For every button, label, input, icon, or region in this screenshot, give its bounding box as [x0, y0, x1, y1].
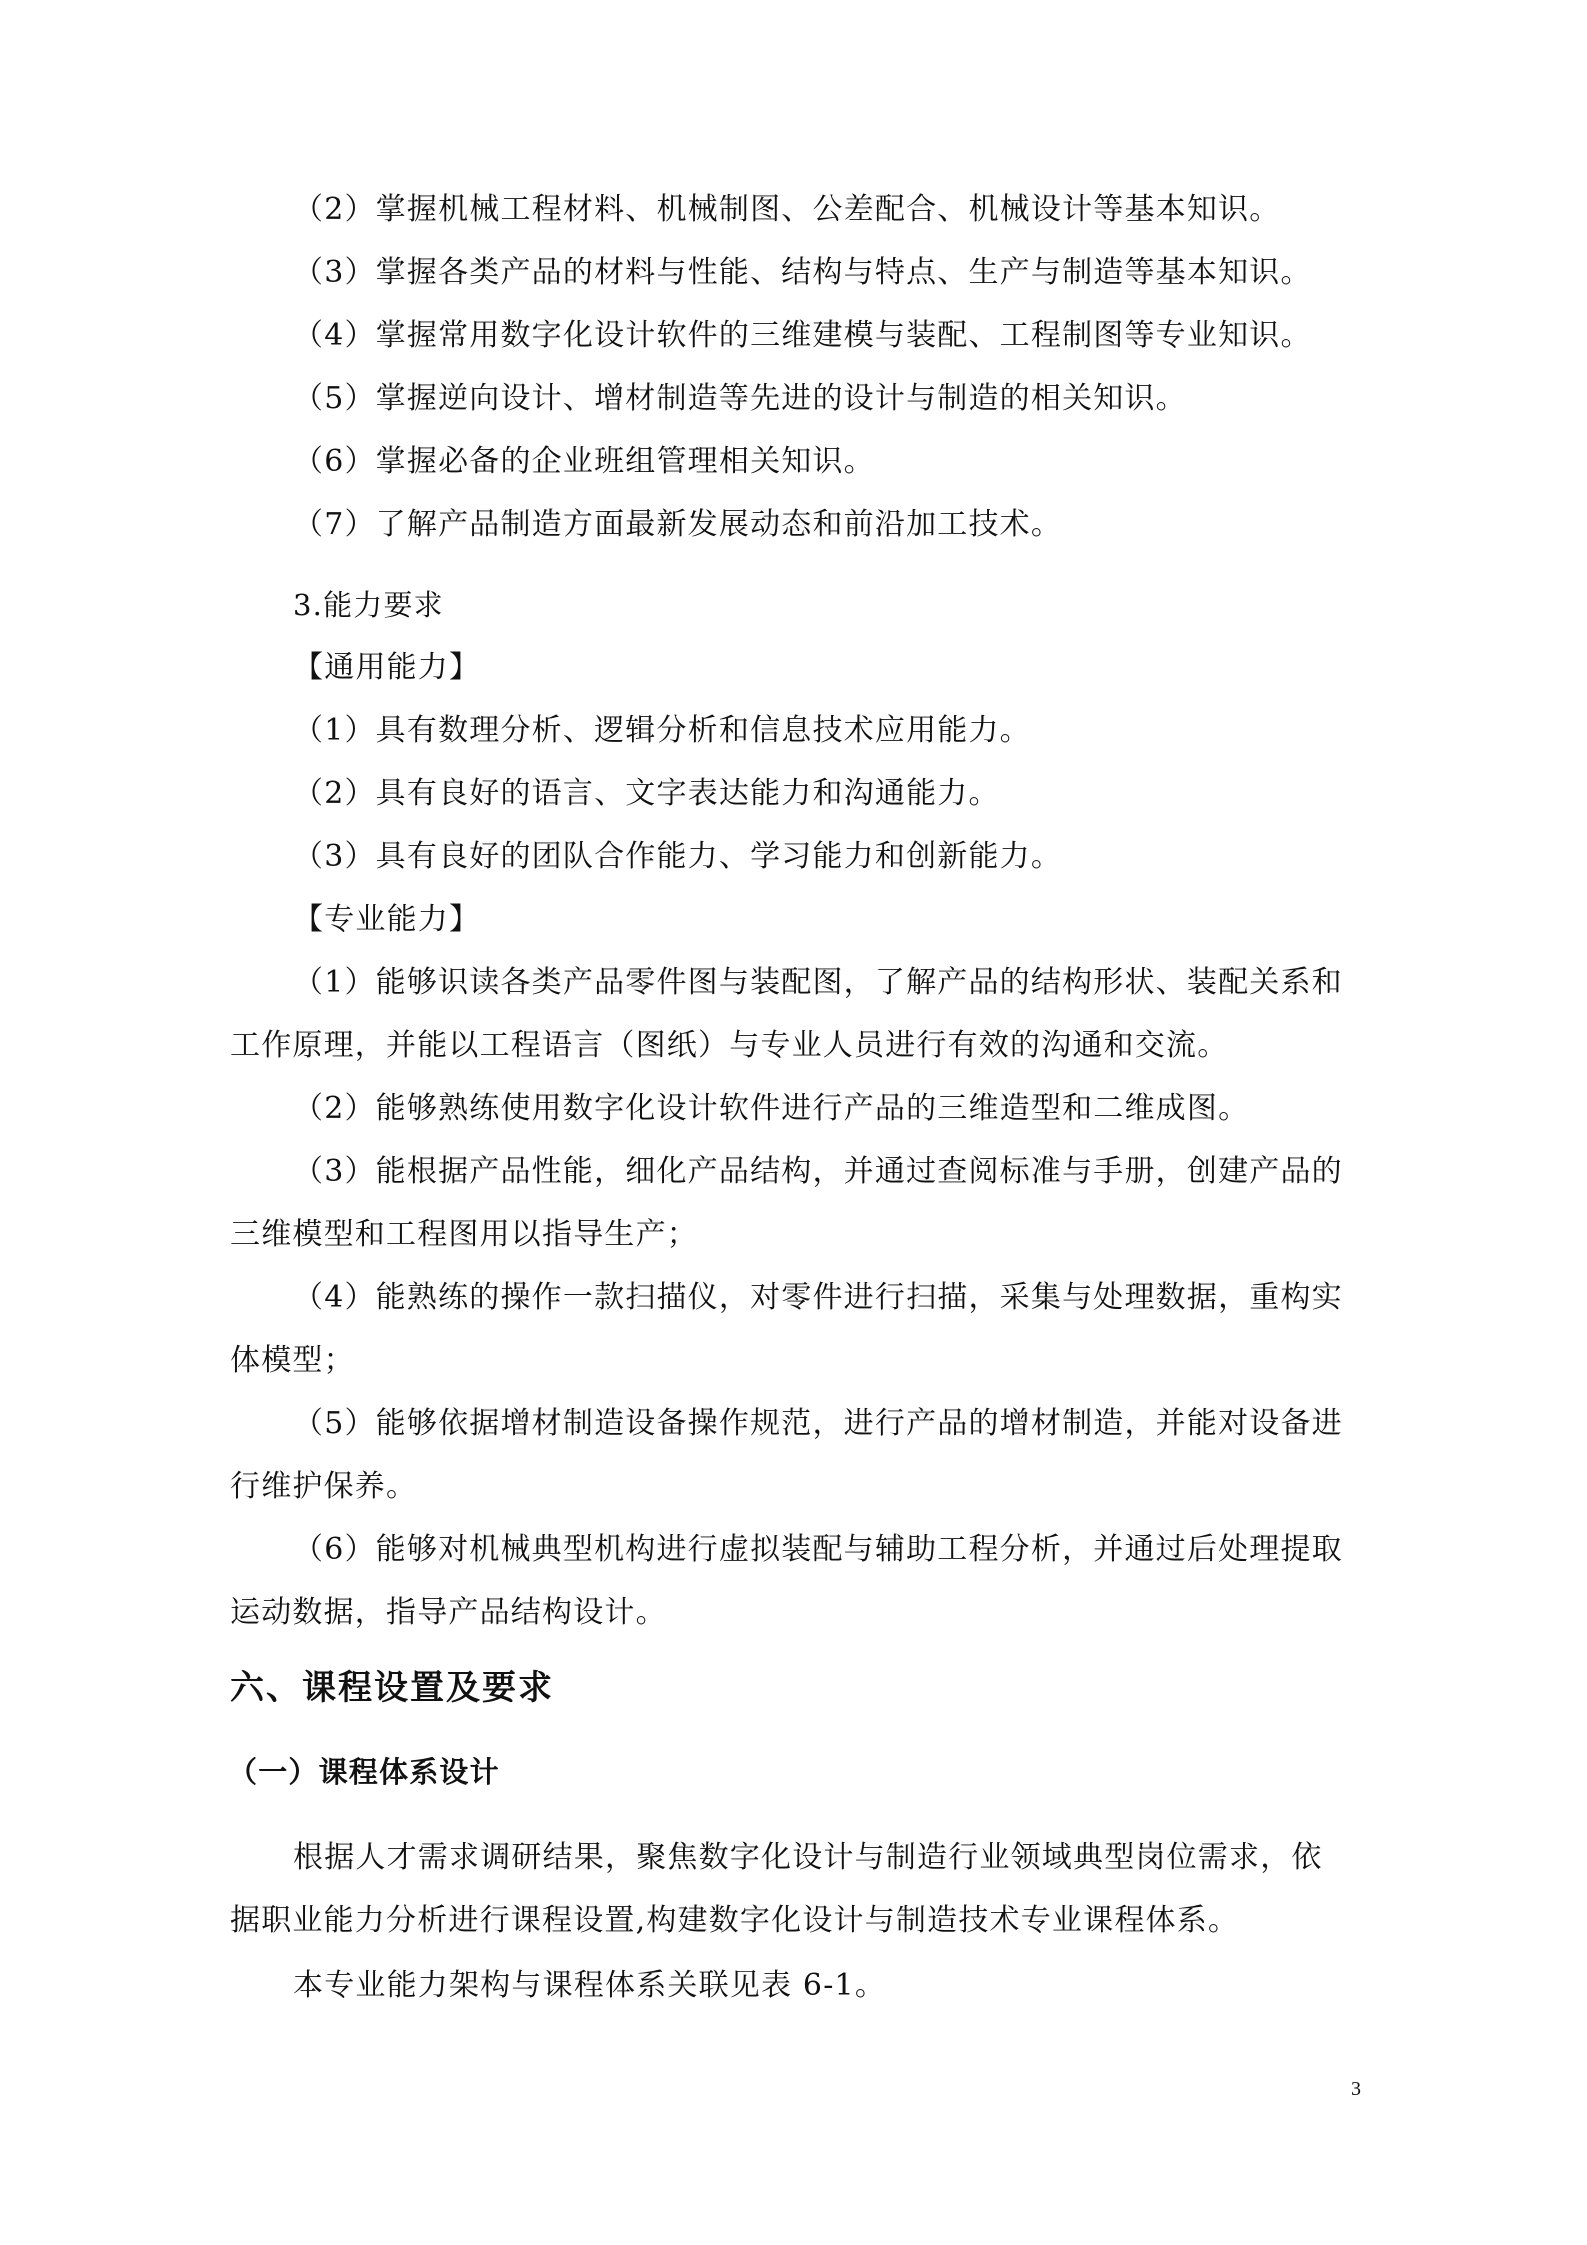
knowledge-item-3: （3）掌握各类产品的材料与性能、结构与特点、生产与制造等基本知识。	[293, 253, 1438, 293]
body-paragraph-line: 据职业能力分析进行课程设置,构建数字化设计与制造技术专业课程体系。	[230, 1901, 1375, 1941]
knowledge-item-2: （2）掌握机械工程材料、机械制图、公差配合、机械设计等基本知识。	[293, 190, 1438, 230]
general-ability-item-1: （1）具有数理分析、逻辑分析和信息技术应用能力。	[293, 711, 1438, 751]
knowledge-item-6: （6）掌握必备的企业班组管理相关知识。	[293, 442, 1438, 482]
general-ability-heading: 【通用能力】	[293, 648, 1438, 688]
general-ability-item-3: （3）具有良好的团队合作能力、学习能力和创新能力。	[293, 837, 1438, 877]
body-paragraph: 本专业能力架构与课程体系关联见表 6-1。	[293, 1966, 1438, 2006]
professional-ability-line: （6）能够对机械典型机构进行虚拟装配与辅助工程分析，并通过后处理提取	[293, 1530, 1438, 1570]
general-ability-item-2: （2）具有良好的语言、文字表达能力和沟通能力。	[293, 774, 1438, 814]
professional-ability-line: （5）能够依据增材制造设备操作规范，进行产品的增材制造，并能对设备进	[293, 1404, 1438, 1444]
professional-ability-line: 体模型；	[230, 1341, 1375, 1381]
ability-heading: 3.能力要求	[293, 585, 1438, 625]
professional-ability-line: 三维模型和工程图用以指导生产；	[230, 1215, 1375, 1255]
professional-ability-line: （1）能够识读各类产品零件图与装配图，了解产品的结构形状、装配关系和	[293, 963, 1438, 1003]
professional-ability-line: （3）能根据产品性能，细化产品结构，并通过查阅标准与手册，创建产品的	[293, 1152, 1438, 1192]
subsection-title: （一）课程体系设计	[228, 1752, 1373, 1792]
professional-ability-line: （2）能够熟练使用数字化设计软件进行产品的三维造型和二维成图。	[293, 1089, 1438, 1129]
professional-ability-line: 工作原理，并能以工程语言（图纸）与专业人员进行有效的沟通和交流。	[230, 1026, 1375, 1066]
professional-ability-heading: 【专业能力】	[293, 900, 1438, 940]
body-paragraph-line: 根据人才需求调研结果，聚焦数字化设计与制造行业领域典型岗位需求，依	[293, 1838, 1438, 1878]
knowledge-item-4: （4）掌握常用数字化设计软件的三维建模与装配、工程制图等专业知识。	[293, 316, 1438, 356]
document-page: （2）掌握机械工程材料、机械制图、公差配合、机械设计等基本知识。 （3）掌握各类…	[0, 0, 1587, 2245]
knowledge-item-7: （7）了解产品制造方面最新发展动态和前沿加工技术。	[293, 505, 1438, 545]
professional-ability-line: 行维护保养。	[230, 1467, 1375, 1507]
section-title: 六、课程设置及要求	[230, 1668, 1375, 1708]
page-number: 3	[1351, 2078, 1361, 2101]
professional-ability-line: （4）能熟练的操作一款扫描仪，对零件进行扫描，采集与处理数据，重构实	[293, 1278, 1438, 1318]
knowledge-item-5: （5）掌握逆向设计、增材制造等先进的设计与制造的相关知识。	[293, 379, 1438, 419]
professional-ability-line: 运动数据，指导产品结构设计。	[230, 1593, 1375, 1633]
